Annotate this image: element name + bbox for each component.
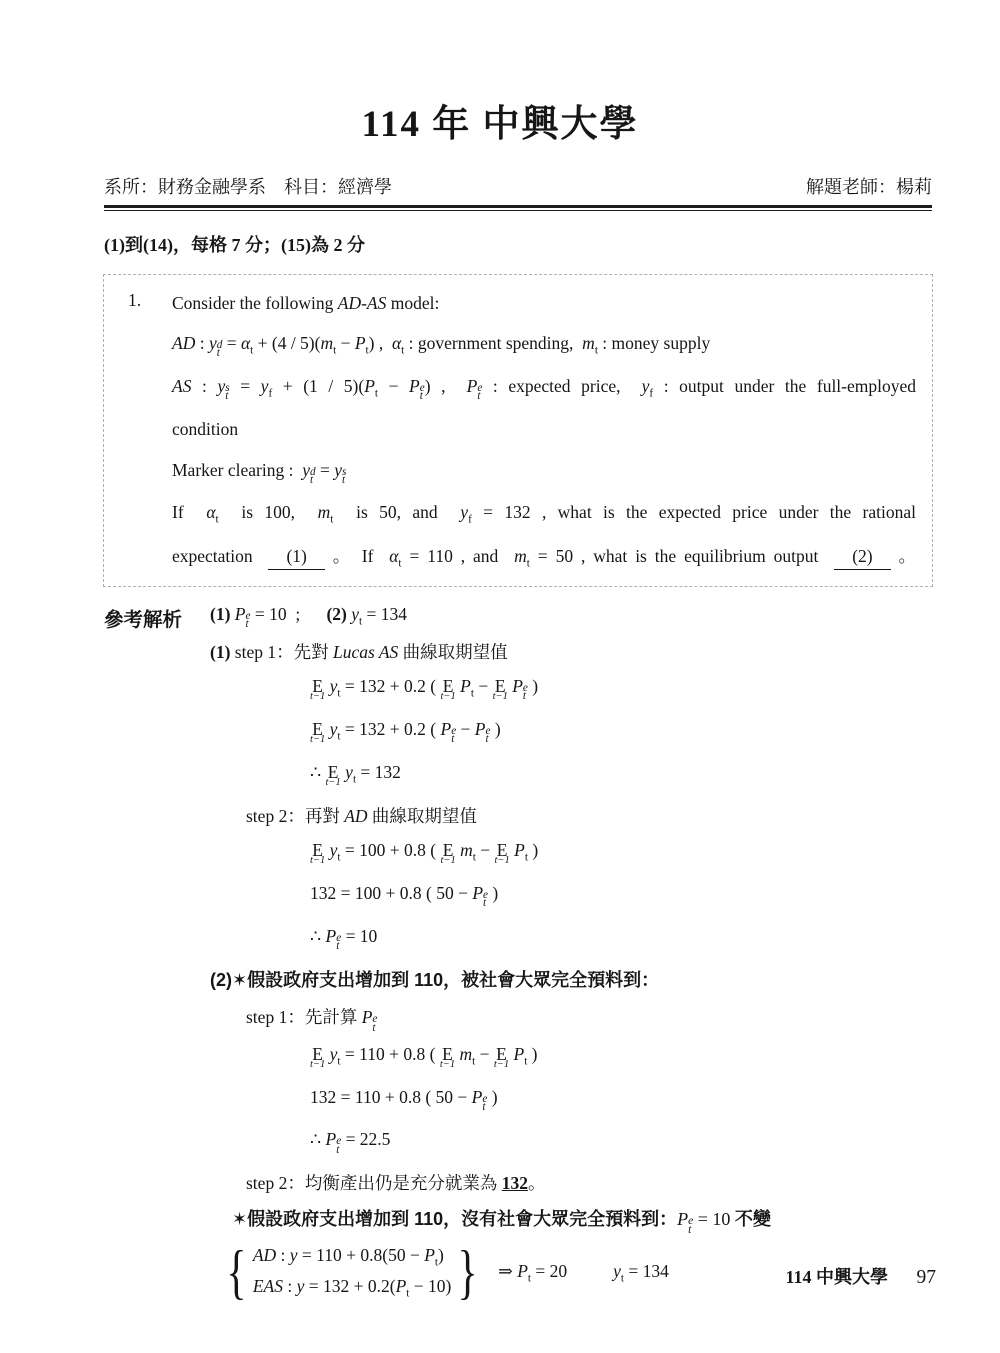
question-row: 1. Consider the following AD-AS model: A… <box>118 290 916 576</box>
part1-eq5: 132 = 100 + 0.8 ( 50 − Pet ) <box>310 882 944 909</box>
solution-section: 參考解析 (1) Pet = 10 ; (2) yt = 134 (1) ste… <box>0 602 1000 1300</box>
meta-row: 系所：財務金融學系 科目：經濟學 解題老師：楊莉 <box>104 173 932 199</box>
meta-teacher: 解題老師：楊莉 <box>806 173 932 199</box>
question-box: 1. Consider the following AD-AS model: A… <box>103 274 933 587</box>
part1-eq2: Et−1 yt = 132 + 0.2 ( Pet − Pet ) <box>310 718 944 745</box>
part1-eq3: ∴ Et−1 yt = 132 <box>310 761 944 788</box>
part2-eq1: Et−1 yt = 110 + 0.8 ( Et−1 mt − Et−1 Pt … <box>310 1043 944 1070</box>
system-line-ad: AD : y = 110 + 0.8(50 − Pt) <box>253 1245 452 1269</box>
system-lines: AD : y = 110 + 0.8(50 − Pt) EAS : y = 13… <box>253 1245 452 1299</box>
page-footer: 114 中興大學 97 <box>785 1263 936 1289</box>
part1-step1-heading: (1) step 1：先對 Lucas AS 曲線取期望值 <box>210 640 944 665</box>
meta-department-subject: 系所：財務金融學系 科目：經濟學 <box>104 173 392 199</box>
question-number: 1. <box>118 290 172 576</box>
question-if-clause: If αt is 100, mt is 50, and yf = 132 , w… <box>172 499 916 528</box>
solution-answers: (1) Pet = 10 ; (2) yt = 134 <box>210 602 944 630</box>
question-as-equation: AS : yst = yf + (1 / 5)(Pt − Pet) , Pet … <box>172 373 916 402</box>
system-right-brace: } <box>458 1245 478 1299</box>
part1-step2-heading: step 2：再對 AD 曲線取期望值 <box>246 804 944 829</box>
system-line-eas: EAS : y = 132 + 0.2(Pt − 10) <box>253 1276 452 1300</box>
solution-label: 參考解析 <box>104 604 182 632</box>
document-page: 114 年 中興大學 系所：財務金融學系 科目：經濟學 解題老師：楊莉 (1)到… <box>0 0 1000 1353</box>
system-left-brace: { <box>226 1245 246 1299</box>
question-intro: Consider the following AD-AS model: <box>172 290 916 316</box>
footer-page-number: 97 <box>917 1267 937 1288</box>
solution-body: (1) Pet = 10 ; (2) yt = 134 (1) step 1：先… <box>210 602 944 1300</box>
part1-eq4: Et−1 yt = 100 + 0.8 ( Et−1 mt − Et−1 Pt … <box>310 839 944 866</box>
question-ad-equation: AD : ydt = αt + (4 / 5)(mt − Pt) , αt : … <box>172 330 916 359</box>
footer-edition: 114 中興大學 <box>785 1267 888 1287</box>
question-market-clearing: Marker clearing : ydt = yst <box>172 457 916 486</box>
system-result: ⇒ Pt = 20yt = 134 <box>498 1261 669 1285</box>
part2-star-note: ✶假設政府支出增加到 110，沒有社會大眾完全預料到：Pet = 10 不變 <box>232 1206 944 1235</box>
question-condition: condition <box>172 416 916 442</box>
header-double-rule <box>104 205 932 211</box>
part1-eq1: Et−1 yt = 132 + 0.2 ( Et−1 Pt − Et−1 Pet… <box>310 675 944 702</box>
part2-step1-heading: step 1：先計算 Pet <box>246 1005 944 1033</box>
part2-step2-line: step 2：均衡產出仍是充分就業為 132。 <box>246 1171 944 1196</box>
part2-eq2: 132 = 110 + 0.8 ( 50 − Pet ) <box>310 1086 944 1113</box>
part2-eq3: ∴ Pet = 22.5 <box>310 1128 944 1155</box>
page-title: 114 年 中興大學 <box>0 0 1000 147</box>
part2-heading: (2)✶假設政府支出增加到 110，被社會大眾完全預料到： <box>210 967 944 993</box>
points-note: (1)到(14)，每格 7 分；(15)為 2 分 <box>104 231 1000 257</box>
question-expectation-clause: expectation (1) 。 If αt = 110 , and mt =… <box>172 543 916 572</box>
part1-eq6: ∴ Pet = 10 <box>310 925 944 952</box>
question-body: Consider the following AD-AS model: AD :… <box>172 290 916 576</box>
